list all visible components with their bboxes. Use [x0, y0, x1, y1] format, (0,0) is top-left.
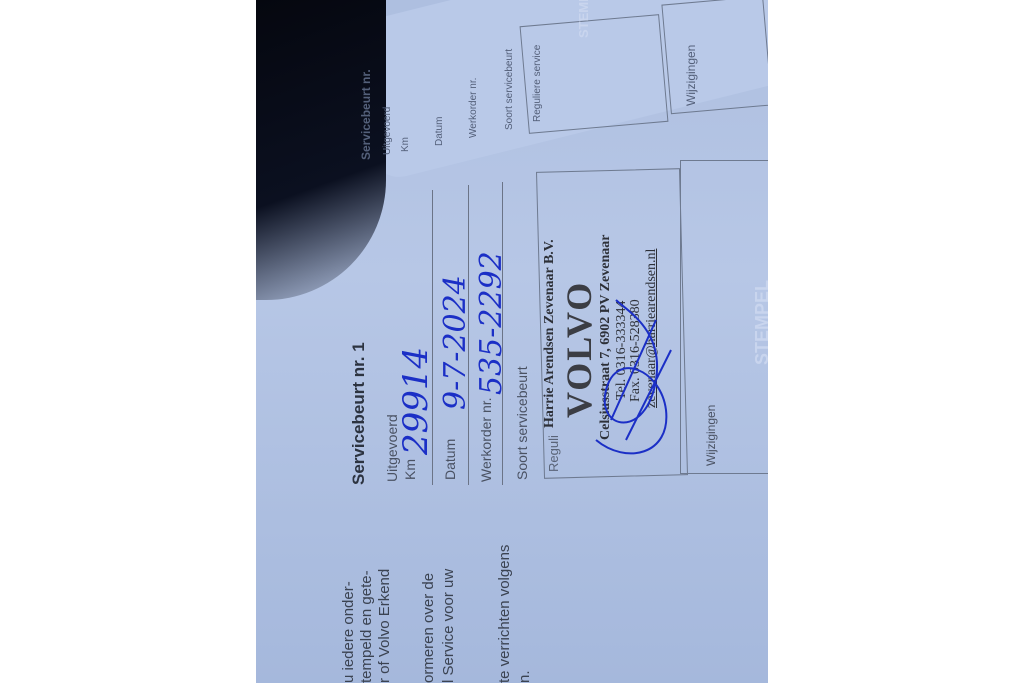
- intro-text-line-6: te verrichten volgens: [496, 545, 513, 683]
- next-page-datum-label: Datum: [434, 117, 445, 146]
- soort-value-prefix: Reguli: [546, 435, 561, 472]
- service-booklet-photo: Servicebeurt nr. Uitgevoerd Km Datum Wer…: [256, 0, 768, 683]
- stempel-watermark: STEMPEL: [752, 280, 768, 365]
- signature-scribble: [586, 290, 676, 465]
- next-page-wijzigingen-label: Wijzigingen: [684, 45, 698, 106]
- datum-handwritten-value: 9-7-2024: [438, 275, 473, 410]
- next-page-stempel: STEMPEL: [576, 0, 591, 38]
- intro-text-line-2: tempeld en gete-: [358, 570, 375, 683]
- page-title: Servicebeurt nr. 1: [349, 342, 369, 485]
- next-page-uitgevoerd-label: Uitgevoerd: [382, 107, 393, 155]
- intro-text-line-1: u iedere onder-: [340, 581, 357, 683]
- soort-label: Soort servicebeurt: [514, 366, 530, 480]
- next-page-soort-value: Reguliere service: [532, 45, 543, 122]
- datum-label: Datum: [442, 439, 458, 480]
- next-page-km-label: Km: [400, 137, 411, 152]
- stamp-dealer-name: Harrie Arendsen Zevenaar B.V.: [542, 239, 558, 428]
- werkorder-handwritten-value: 535-2292: [474, 251, 509, 395]
- km-label: Km: [402, 459, 418, 480]
- werkorder-label: Werkorder nr.: [478, 397, 494, 482]
- next-page-wijzigingen-box: [661, 0, 768, 114]
- next-page-werkorder-label: Werkorder nr.: [468, 78, 479, 138]
- intro-text-line-4: ormeren over de: [420, 573, 437, 683]
- intro-text-line-5: l Service voor uw: [440, 569, 457, 683]
- km-handwritten-value: 29914: [396, 347, 436, 455]
- intro-text-line-7: n.: [516, 670, 533, 683]
- intro-text-line-3: r of Volvo Erkend: [376, 569, 393, 683]
- next-page-title: Servicebeurt nr.: [359, 69, 373, 160]
- next-page-soort-label: Soort servicebeurt: [504, 49, 515, 130]
- wijzigingen-label: Wijzigingen: [704, 405, 718, 466]
